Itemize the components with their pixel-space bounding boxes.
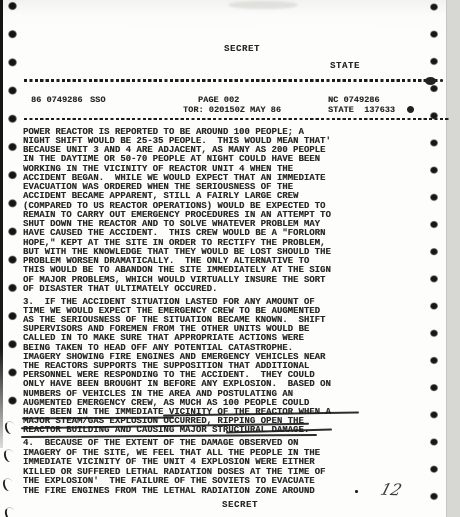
- separator-line-2: [24, 118, 450, 121]
- paragraph-3-main: 3. IF THE ACCIDENT SITUATION LASTED FOR …: [23, 298, 331, 408]
- punch-hole-crescent: [2, 477, 15, 492]
- punch-holes-left: [5, 0, 20, 420]
- paragraph-3: 3. IF THE ACCIDENT SITUATION LASTED FOR …: [23, 298, 331, 436]
- classification-banner-top: SECRET: [224, 44, 260, 54]
- separator-line-1: [24, 79, 438, 82]
- scan-edge-right: [446, 0, 460, 517]
- paragraph-4: 4. BECAUSE OF THE EXTENT OF THE DAMAGE O…: [23, 439, 325, 496]
- classification-banner-bottom: SECRET: [222, 500, 258, 510]
- ink-speck: [355, 490, 358, 493]
- header-tor-line: TOR: 020150Z MAY 86: [183, 105, 281, 115]
- pen-underline-stroke: [22, 416, 174, 418]
- ink-blob: [407, 106, 414, 113]
- header-serial-right: NC 0749286: [328, 95, 380, 105]
- header-handling-caveat: SSO: [90, 95, 105, 105]
- paragraph-2-continued: POWER REACTOR IS REPORTED TO BE AROUND 1…: [23, 128, 331, 295]
- punch-hole-crescent: [4, 420, 17, 435]
- header-serial-left: 86 0749286: [31, 95, 83, 105]
- originator-label: STATE: [330, 61, 360, 71]
- header-page-label: PAGE 002: [198, 95, 239, 105]
- scan-edge-left: [0, 0, 3, 448]
- ink-speck: [440, 79, 443, 82]
- scanned-cable-page: SECRET STATE 86 0749286 SSO PAGE 002 NC …: [0, 0, 460, 517]
- handwritten-page-number: 12: [378, 480, 404, 500]
- header-reference: STATE 137633: [328, 105, 395, 115]
- ink-blob: [425, 77, 436, 85]
- punch-hole-crescent: [4, 506, 17, 517]
- punch-hole-crescent: [3, 448, 16, 463]
- scan-smudge: [228, 1, 298, 9]
